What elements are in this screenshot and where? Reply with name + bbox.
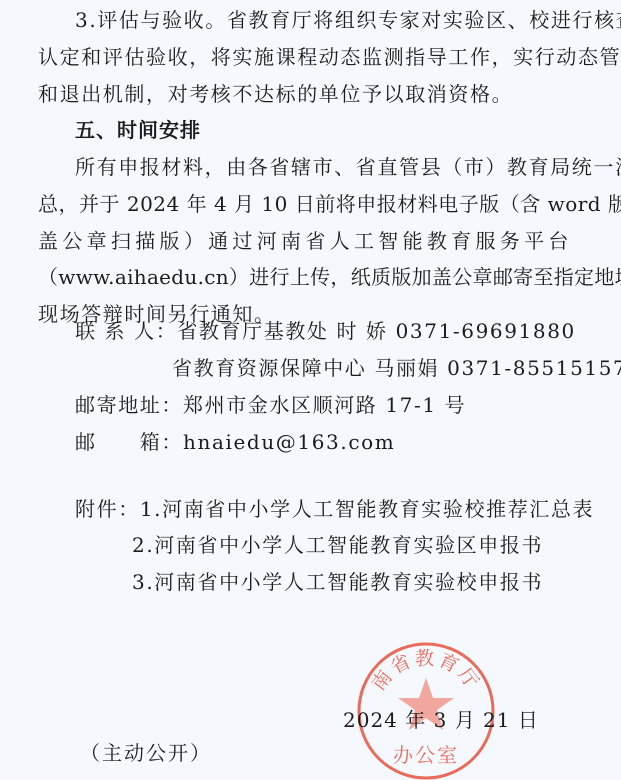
attachments-label: 附件： bbox=[75, 497, 140, 521]
attachment-row: 附件：1.河南省中小学人工智能教育实验校推荐汇总表 bbox=[75, 497, 594, 521]
email-row: 邮 箱：hnaiedu@163.com bbox=[75, 430, 395, 454]
contact-2: 省教育资源保障中心 马丽娟 0371-85515157 bbox=[172, 356, 621, 380]
disclosure-note: （主动公开） bbox=[80, 741, 212, 765]
paragraph-line: 所有申报材料，由各省辖市、省直管县（市）教育局统一汇 bbox=[75, 155, 570, 179]
attachment-item: 2.河南省中小学人工智能教育实验区申报书 bbox=[132, 533, 543, 557]
paragraph-line: 3.评估与验收。省教育厅将组织专家对实验区、校进行核查 bbox=[75, 8, 570, 32]
contact-row: 联 系 人：省教育厅基教处 时 娇 0371-69691880 bbox=[75, 319, 576, 343]
email-link[interactable]: hnaiedu@163.com bbox=[183, 430, 395, 454]
email-label: 邮 箱： bbox=[75, 430, 183, 454]
paragraph-line: 认定和评估验收，将实施课程动态监测指导工作，实行动态管理 bbox=[38, 45, 570, 69]
issue-date: 2024 年 3 月 21 日 bbox=[343, 708, 539, 732]
attachment-item: 1.河南省中小学人工智能教育实验校推荐汇总表 bbox=[140, 497, 594, 521]
svg-text:办公室: 办公室 bbox=[393, 743, 459, 767]
paragraph-line: 和退出机制，对考核不达标的单位予以取消资格。 bbox=[38, 82, 513, 106]
section-heading: 五、时间安排 bbox=[75, 118, 201, 142]
paragraph-line: 总，并于 2024 年 4 月 10 日前将申报材料电子版（含 word 版和加 bbox=[38, 192, 570, 216]
attachment-item: 3.河南省中小学人工智能教育实验校申报书 bbox=[132, 570, 543, 594]
paragraph-line: （www.aihaedu.cn）进行上传，纸质版加盖公章邮寄至指定地址。 bbox=[38, 265, 570, 289]
paragraph-line: 盖公章扫描版）通过河南省人工智能教育服务平台 bbox=[38, 229, 570, 253]
address: 郑州市金水区顺河路 17-1 号 bbox=[183, 393, 466, 417]
address-row: 邮寄地址：郑州市金水区顺河路 17-1 号 bbox=[75, 393, 466, 417]
document-page: 3.评估与验收。省教育厅将组织专家对实验区、校进行核查 认定和评估验收，将实施课… bbox=[0, 0, 621, 780]
address-label: 邮寄地址： bbox=[75, 393, 183, 417]
contact-label: 联 系 人： bbox=[75, 319, 177, 343]
contact-1: 省教育厅基教处 时 娇 0371-69691880 bbox=[177, 319, 576, 343]
